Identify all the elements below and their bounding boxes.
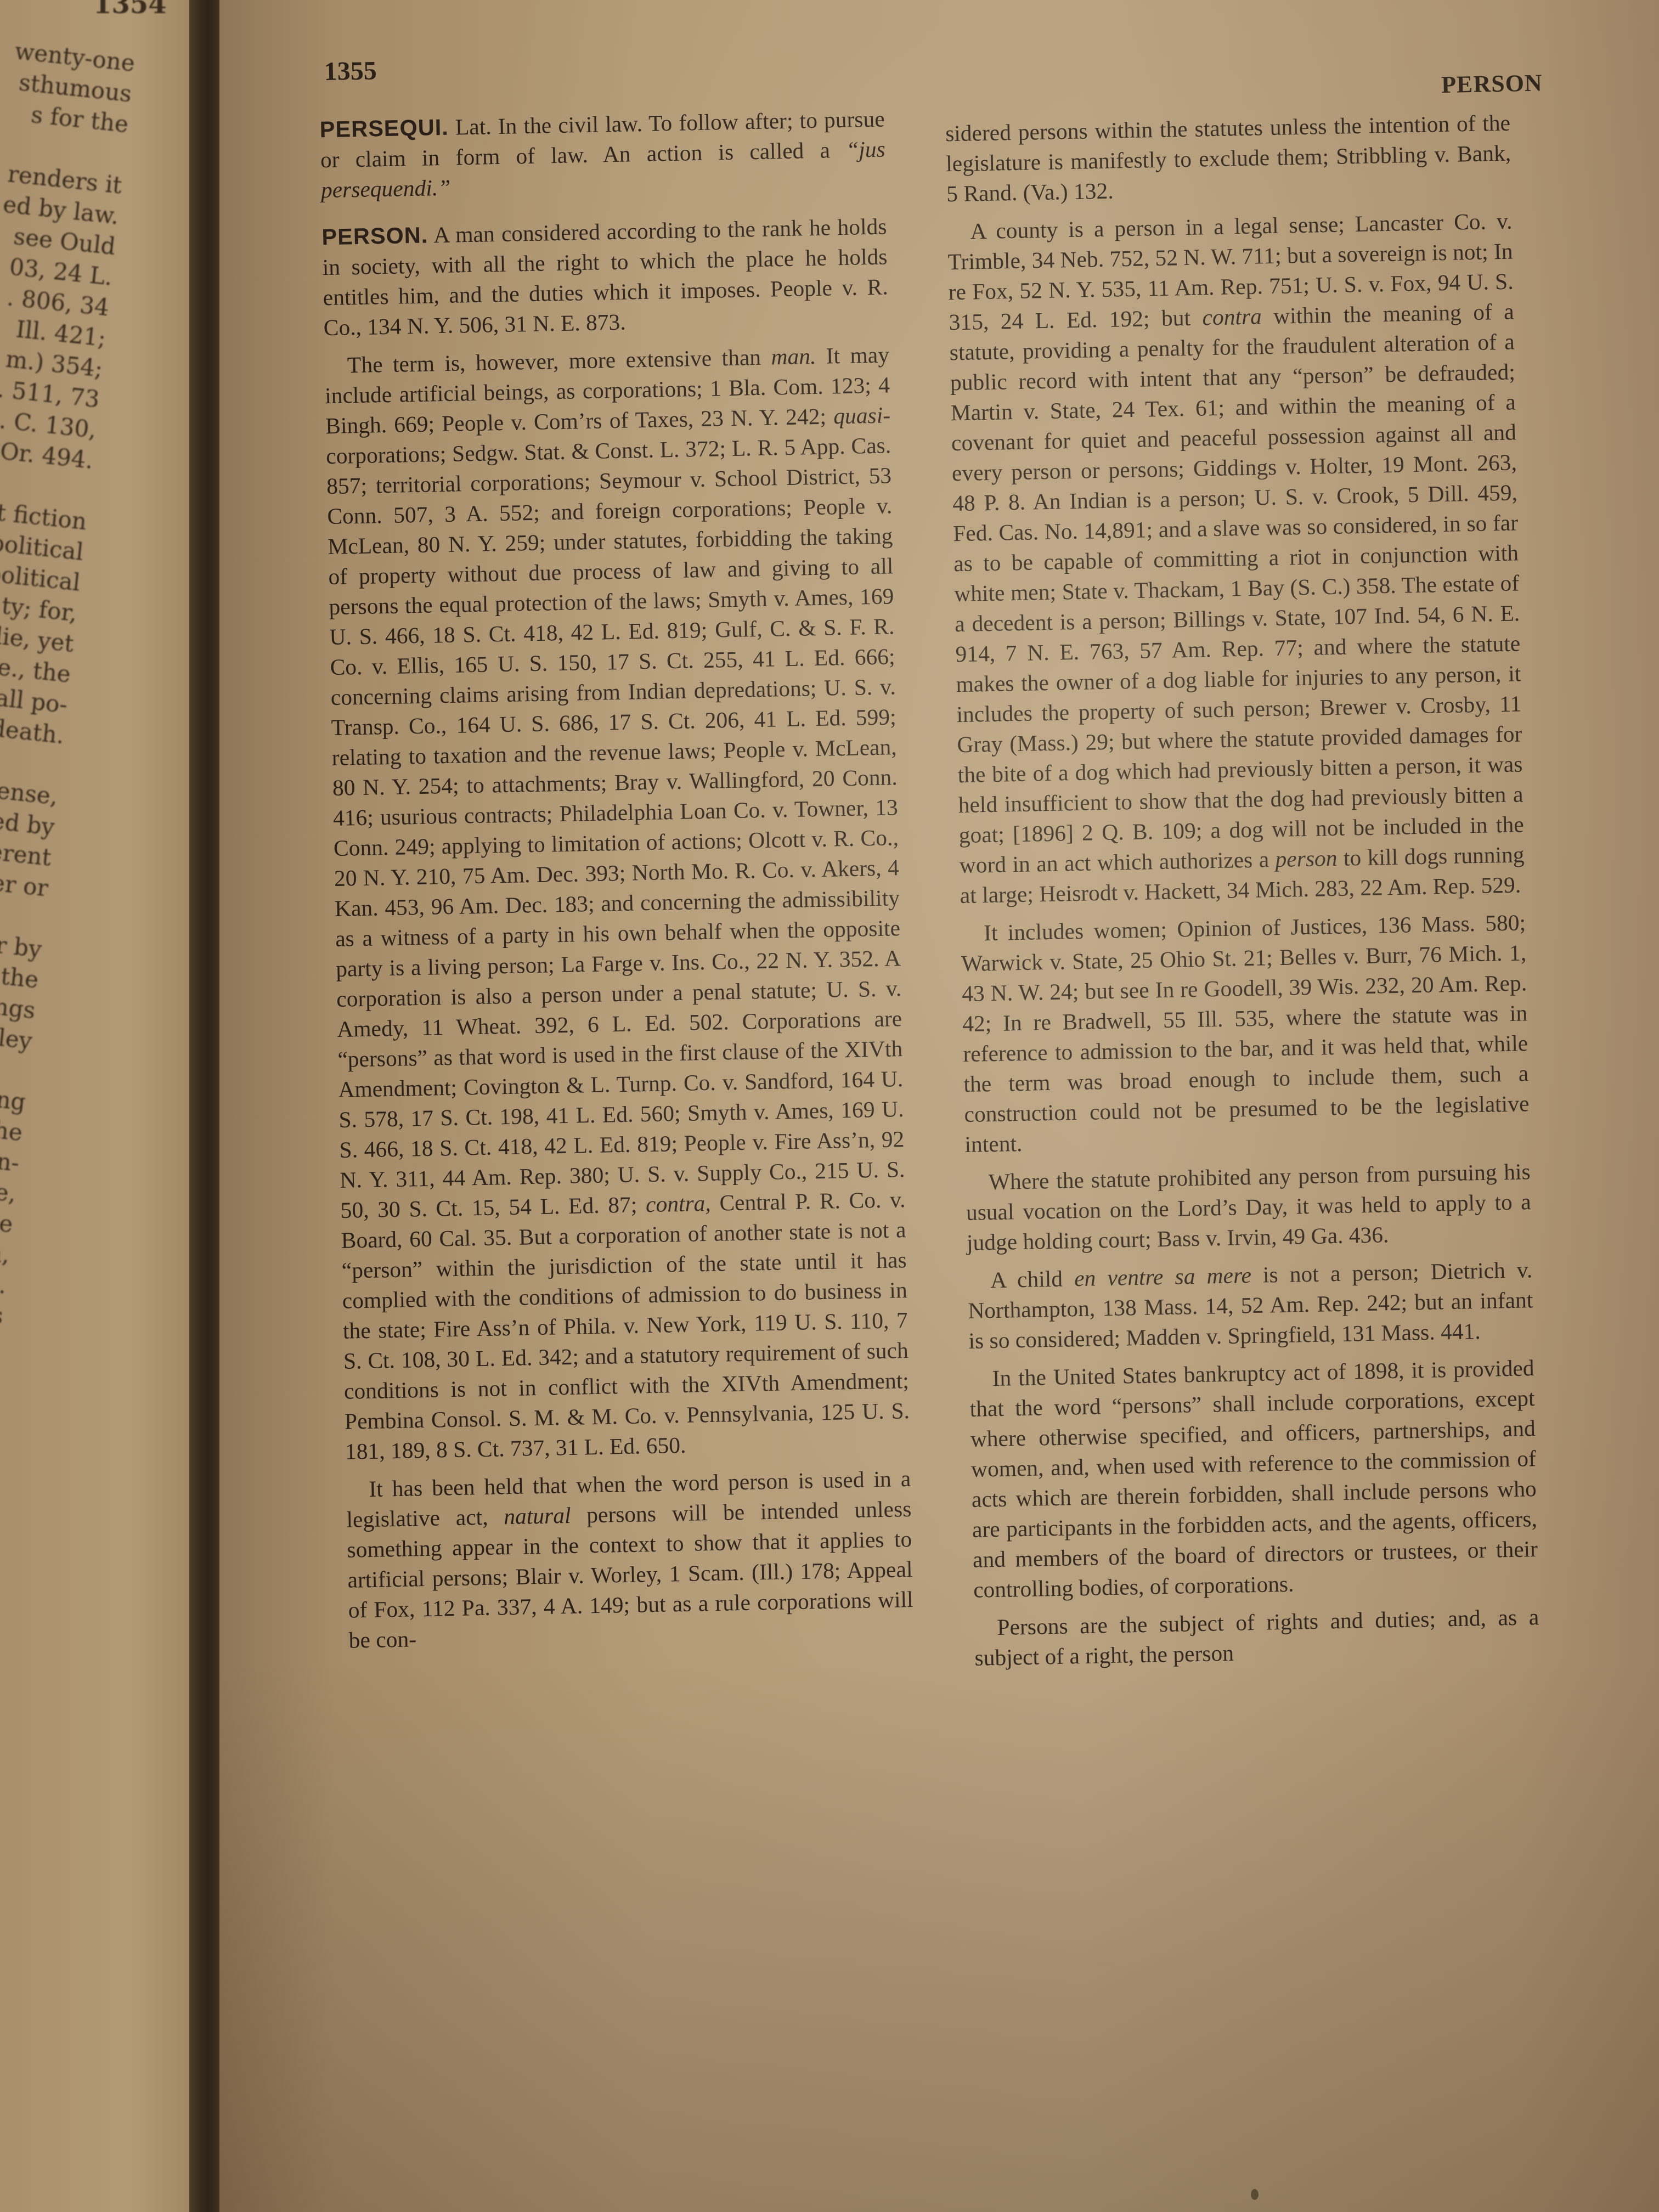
entry-person: PERSON. A man considered according to th… [321,211,889,343]
running-head: 1355 PERSON [269,25,1532,110]
right-column: sidered persons within the statutes unle… [945,108,1540,1681]
page-number: 1355 [324,55,377,87]
italic-term: quasi [833,403,883,429]
guide-word: PERSON [1441,69,1543,99]
headword: PERSEQUI. [319,114,449,143]
headword: PERSON. [321,222,428,250]
text-run: within the meaning of a statute, providi… [949,299,1524,878]
paper-blemish [1251,2189,1259,2200]
paragraph: In the United States bankruptcy act of 1… [969,1353,1538,1605]
italic-term: person [1275,845,1338,872]
italic-term: contra [1202,303,1262,330]
paragraph: A child en ventre sa mere is not a perso… [967,1255,1534,1356]
paragraph: It includes women; Opinion of Justices, … [961,907,1530,1160]
paragraph: The term is, however, more extensive tha… [324,340,911,1466]
italic-term: contra, [646,1190,712,1217]
italic-term: natural [504,1503,571,1529]
text-run: A child [990,1266,1075,1293]
entry-persequi: PERSEQUI. Lat. In the civil law. To foll… [319,103,886,205]
previous-page-number: 1354 [93,0,167,20]
page-content: 1355 PERSON PERSEQUI. Lat. In the civil … [269,25,1571,2134]
left-column: PERSEQUI. Lat. In the civil law. To foll… [319,103,914,1663]
italic-term: en ventre sa mere [1074,1262,1252,1291]
paragraph: A county is a person in a legal sense; L… [947,206,1525,911]
text-run: Central P. R. Co. v. Board, 60 Cal. 35. … [341,1187,910,1464]
text-run: The term is, however, more extensive tha… [347,345,771,378]
book-page: 1355 PERSON PERSEQUI. Lat. In the civil … [219,0,1659,2212]
text-run: -corporations; Sedgw. Stat. & Const. L. … [326,402,905,1223]
italic-term: man. [771,343,816,370]
previous-page-text-fragments: wenty-onesthumouss for the renders ited … [0,33,137,1943]
paragraph: Where the statute prohibited any person … [965,1156,1532,1258]
paragraph: sidered persons within the statutes unle… [945,108,1512,210]
paragraph: Persons are the subject of rights and du… [974,1602,1540,1673]
paragraph: It has been held that when the word pers… [346,1464,914,1656]
